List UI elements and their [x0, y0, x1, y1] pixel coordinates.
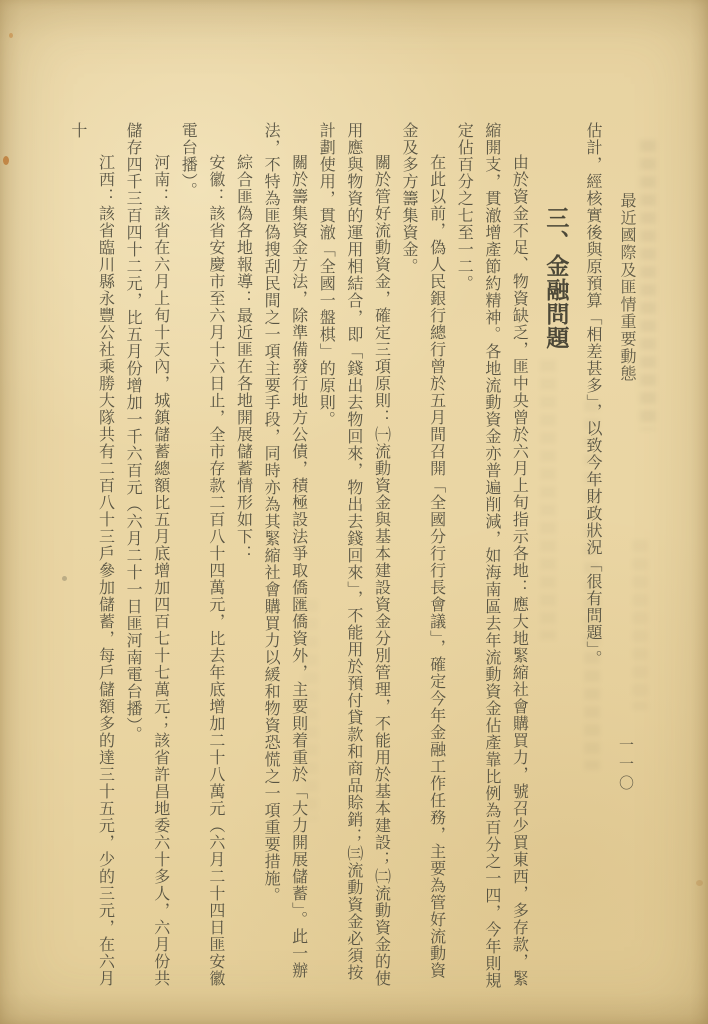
bleed-through-ghost — [632, 540, 648, 710]
ink-stain — [3, 156, 9, 165]
page-number: 一一〇 — [615, 737, 636, 794]
paragraph-bank-conference: 在此以前，偽人民銀行總行曾於五月間召開「全國分行行長會議」，確定今年金融工作任務… — [394, 122, 449, 990]
paragraph-savings-summary: 綜合匪偽各地報導：最近匪在各地開展儲蓄情形如下： — [229, 122, 257, 990]
paragraph-jiangxi: 江西：該省臨川縣永豐公社乘勝大隊共有二百八十三戶參加儲蓄，每戶儲額多的達三十五元… — [63, 122, 118, 990]
paragraph-three-principles: 關於管好流動資金，確定三項原則：㈠流動資金與基本建設資金分別管理，不能用於基本建… — [312, 122, 395, 990]
section-heading: 三、金融問題 — [538, 122, 572, 990]
paragraph-anhui: 安徽：該省安慶市至六月十六日止，全市存款二百八十四萬元，比去年底增加二十八萬元（… — [174, 122, 229, 990]
running-header: 最近國際及匪情重要動態 — [615, 192, 638, 382]
main-text-block: 估計，經核實後與原預算「相差甚多」，以致今年財政狀況「很有問題」。 三、金融問題… — [58, 122, 606, 990]
ink-stain — [696, 880, 703, 886]
paragraph-continuation: 估計，經核實後與原預算「相差甚多」，以致今年財政狀況「很有問題」。 — [578, 122, 606, 990]
bleed-through-ghost — [640, 140, 656, 430]
scanned-document-page: 最近國際及匪情重要動態 一一〇 估計，經核實後與原預算「相差甚多」，以致今年財政… — [0, 0, 708, 1024]
ink-stain — [9, 33, 13, 38]
paragraph-henan: 河南：該省在六月上旬十天內，城鎮儲蓄總額比五月底增加四百七十七萬元；該省許昌地委… — [119, 122, 174, 990]
paragraph-finance-directive: 由於資金不足、物資缺乏，匪中央曾於六月上旬指示各地：應大地緊縮社會購買力，號召少… — [450, 122, 533, 990]
paragraph-fund-raising: 關於籌集資金方法，除準備發行地方公債，積極設法爭取僑匯僑資外，主要則着重於「大力… — [256, 122, 311, 990]
